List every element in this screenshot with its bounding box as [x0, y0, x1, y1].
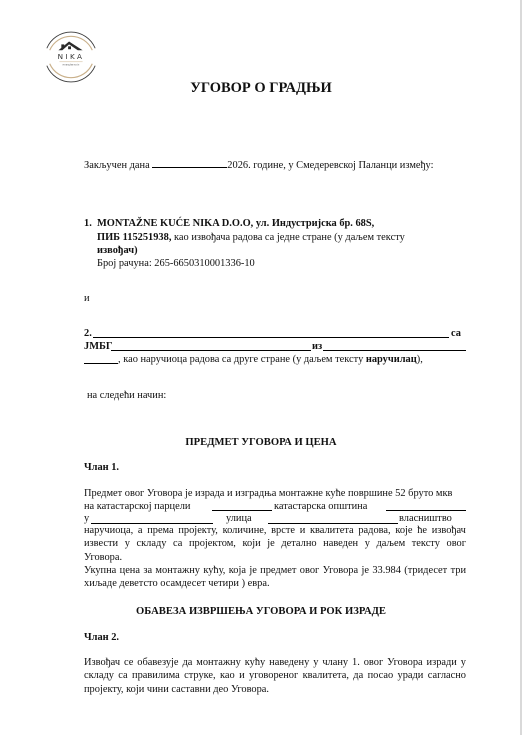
- party2-number: 2.: [84, 327, 92, 340]
- party2-role: , као наручиоца радова са друге стране (…: [118, 353, 423, 366]
- party1-pib: ПИБ 115251938,: [97, 232, 171, 243]
- article1-line8: хиљаде деветсто осамдесет четири ) евра.: [84, 577, 466, 590]
- concluded-suffix: 2026. године, у Смедеревској Паланци изм…: [227, 160, 433, 171]
- article1-line2a: на катастарској парцели: [84, 500, 190, 513]
- party1-number: 1.: [84, 217, 92, 230]
- section1-heading: ПРЕДМЕТ УГОВОРА И ЦЕНА: [0, 437, 522, 448]
- nika-logo: NIKA MONTAŽNE KUĆE: [42, 27, 100, 85]
- article1-label: Члан 1.: [84, 461, 119, 474]
- party1-account: Број рачуна: 265-6650310001336-10: [97, 257, 255, 270]
- date-blank[interactable]: [152, 157, 227, 168]
- article1-line6: Уговора.: [84, 551, 466, 564]
- article2-line3: пројекту, који чини саставни део Уговора…: [84, 683, 466, 696]
- manner-text: на следећи начин:: [87, 389, 166, 402]
- party1-pib-line: ПИБ 115251938, као извођача радова са је…: [97, 231, 405, 244]
- article2-line2: складу са правилима струке, као и уговор…: [84, 669, 466, 682]
- party2-place-blank-cont[interactable]: [84, 363, 118, 364]
- party1-role: као извођача радова са једне стране (у д…: [171, 232, 404, 243]
- article1-line4: наручиоца,апремапројекту,количине,врстеи…: [84, 524, 466, 537]
- article1-line2b: катастарска општина: [274, 500, 367, 513]
- article2-body: Извођач се обавезује да монтажну кућу на…: [84, 656, 466, 696]
- document-title: УГОВОР О ГРАДЊИ: [0, 80, 522, 97]
- party2-alias: наручилац: [366, 354, 417, 365]
- concluded-line: Закључен дана 2026. године, у Смедеревск…: [84, 157, 433, 172]
- article1-line1: Предмет овог Уговора је израда и изградњ…: [84, 487, 452, 500]
- article2-label: Члан 2.: [84, 631, 119, 644]
- article1-body: наручиоца,апремапројекту,количине,врстеи…: [84, 524, 466, 590]
- article2-line1: Извођач се обавезује да монтажну кућу на…: [84, 656, 466, 669]
- party1-alias: извођач): [97, 244, 138, 257]
- party2-sa: са: [451, 327, 461, 340]
- party2-jmbg-blank[interactable]: [111, 350, 311, 351]
- parcel-blank[interactable]: [212, 510, 272, 511]
- party2-iz: из: [312, 340, 322, 353]
- party2-place-blank[interactable]: [323, 350, 466, 351]
- and-text: и: [84, 292, 90, 305]
- party2-role-text: , као наручиоца радова са друге стране (…: [118, 354, 366, 365]
- article1-line5: извести у складу са пројектом, који је д…: [84, 537, 466, 550]
- concluded-prefix: Закључен дана: [84, 160, 150, 171]
- svg-text:NIKA: NIKA: [58, 52, 85, 61]
- section2-heading: ОБАВЕЗА ИЗВРШЕЊА УГОВОРА И РОК ИЗРАДЕ: [0, 606, 522, 617]
- party2-name-blank[interactable]: [93, 337, 449, 338]
- party1-company: MONTAŽNE KUĆE NIKA D.O.O, ул. Индустријс…: [97, 217, 374, 230]
- party2-role-end: ),: [417, 354, 423, 365]
- article1-line7: Укупна цена за монтажну кућу, која је пр…: [84, 564, 466, 577]
- municipality-blank[interactable]: [386, 510, 466, 511]
- party2-jmbg-label: ЈМБГ: [84, 340, 112, 353]
- svg-text:MONTAŽNE KUĆE: MONTAŽNE KUĆE: [63, 64, 80, 67]
